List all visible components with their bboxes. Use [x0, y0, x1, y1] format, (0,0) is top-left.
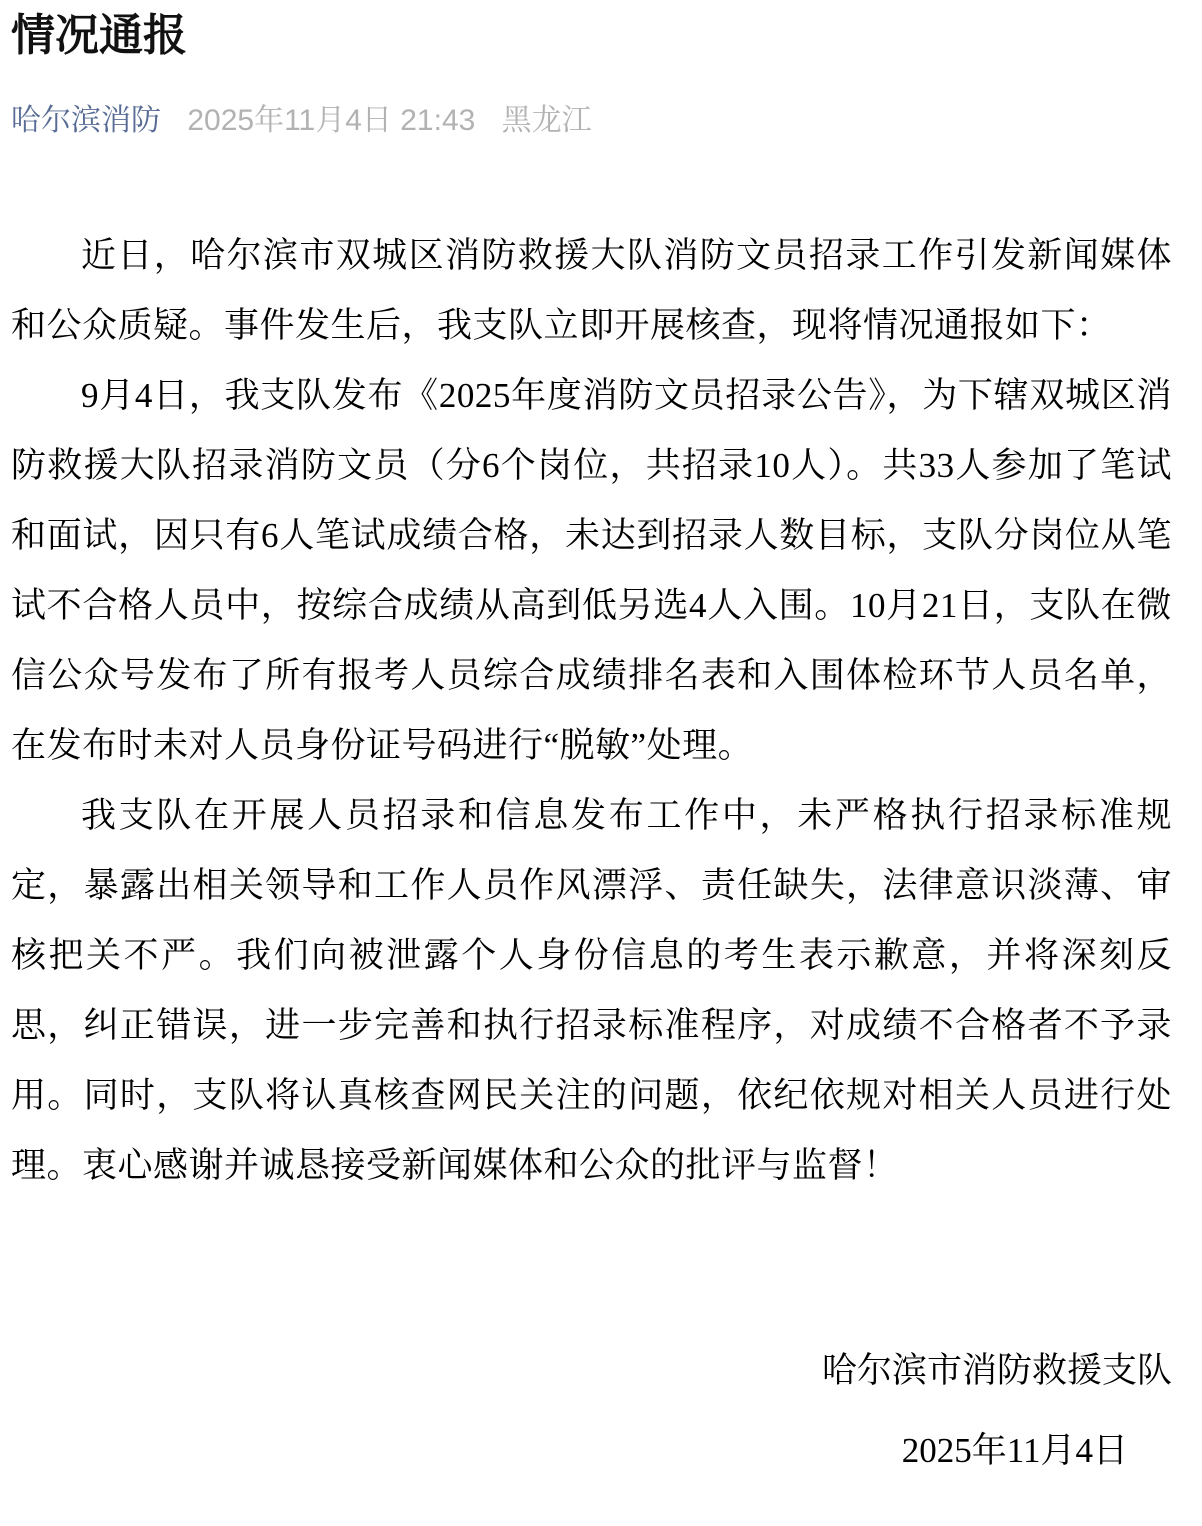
- signature-date: 2025年11月4日: [11, 1416, 1172, 1486]
- signature-organization: 哈尔滨市消防救援支队: [11, 1336, 1172, 1406]
- article-page: 情况通报 哈尔滨消防 2025年11月4日 21:43 黑龙江 近日，哈尔滨市双…: [0, 0, 1202, 1526]
- paragraph-facts: 9月4日，我支队发布《2025年度消防文员招录公告》，为下辖双城区消防救援大队招…: [11, 361, 1172, 781]
- publish-datetime: 2025年11月4日 21:43: [187, 104, 475, 137]
- signature-block: 哈尔滨市消防救援支队 2025年11月4日: [11, 1336, 1172, 1486]
- source-account-link[interactable]: 哈尔滨消防: [11, 104, 161, 137]
- publish-location: 黑龙江: [502, 104, 592, 137]
- paragraph-apology: 我支队在开展人员招录和信息发布工作中，未严格执行招录标准规定，暴露出相关领导和工…: [11, 781, 1172, 1201]
- article-body: 近日，哈尔滨市双城区消防救援大队消防文员招录工作引发新闻媒体和公众质疑。事件发生…: [11, 221, 1172, 1201]
- paragraph-intro: 近日，哈尔滨市双城区消防救援大队消防文员招录工作引发新闻媒体和公众质疑。事件发生…: [11, 221, 1172, 361]
- byline: 哈尔滨消防 2025年11月4日 21:43 黑龙江: [11, 103, 1172, 139]
- page-title: 情况通报: [11, 10, 1172, 63]
